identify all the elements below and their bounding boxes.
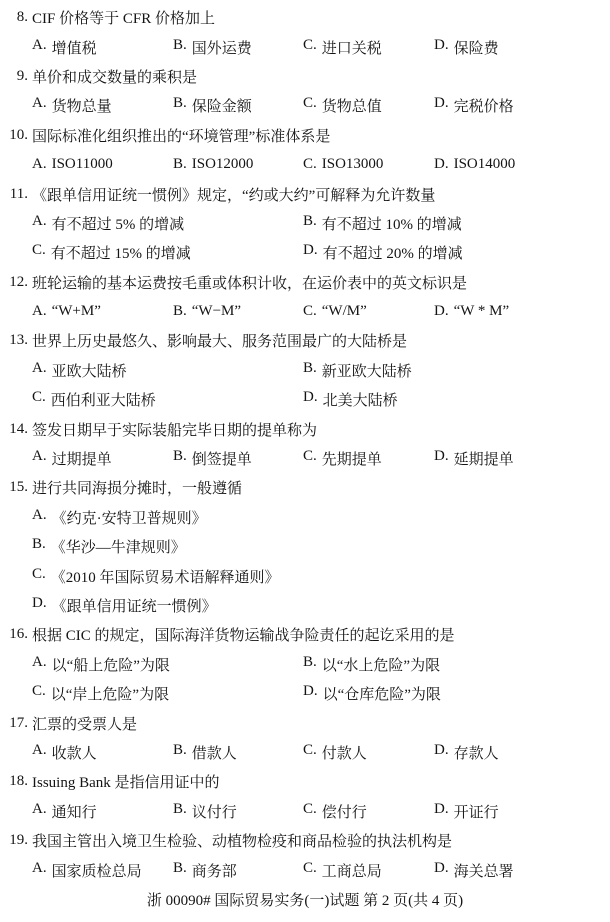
option: D.北美大陆桥: [303, 389, 610, 410]
option-text: 货物总值: [322, 95, 382, 116]
options-row: C.西伯利亚大陆桥D.北美大陆桥: [0, 385, 610, 414]
exam-page: 8.CIF 价格等于 CFR 价格加上A.增值税B.国外运费C.进口关税D.保险…: [0, 0, 610, 919]
option-label: A.: [32, 303, 47, 320]
option-text: 存款人: [454, 742, 499, 763]
option: C.ISO13000: [303, 156, 434, 173]
options-row: A.亚欧大陆桥B.新亚欧大陆桥: [0, 356, 610, 385]
option-label: D.: [303, 242, 318, 263]
option: D.《跟单信用证统一惯例》: [32, 595, 610, 616]
option-text: 完税价格: [454, 95, 514, 116]
option-text: 进口关税: [322, 37, 382, 58]
option-text: “W * M”: [454, 303, 510, 320]
option-label: A.: [32, 448, 47, 469]
option: D.延期提单: [434, 448, 610, 469]
option-text: 《约克·安特卫普规则》: [52, 507, 207, 528]
option: C.西伯利亚大陆桥: [32, 389, 303, 410]
option: B.新亚欧大陆桥: [303, 360, 610, 381]
option: B.借款人: [173, 742, 303, 763]
option-text: 货物总量: [52, 95, 112, 116]
option-label: D.: [434, 303, 449, 320]
option: B.商务部: [173, 860, 303, 881]
question-list: 8.CIF 价格等于 CFR 价格加上A.增值税B.国外运费C.进口关税D.保险…: [0, 3, 610, 885]
option-text: 有不超过 15% 的增减: [51, 242, 191, 263]
option-label: B.: [173, 95, 187, 116]
option: C.以“岸上危险”为限: [32, 683, 303, 704]
options-row: A.以“船上危险”为限B.以“水上危险”为限: [0, 650, 610, 679]
option-label: A.: [32, 37, 47, 58]
option-label: B.: [32, 536, 46, 557]
option: D.完税价格: [434, 95, 610, 116]
question-stem: 世界上历史最悠久、影响最大、服务范围最广的大陆桥是: [32, 330, 610, 351]
option-text: 以“水上危险”为限: [322, 654, 440, 675]
option: B.以“水上危险”为限: [303, 654, 610, 675]
question-stem-line: 8.CIF 价格等于 CFR 价格加上: [0, 3, 610, 32]
question: 14.签发日期早于实际装船完毕日期的提单称为A.过期提单B.倒签提单C.先期提单…: [0, 414, 610, 473]
option-text: 以“船上危险”为限: [52, 654, 170, 675]
option-label: B.: [173, 156, 187, 173]
option-text: ISO14000: [454, 156, 516, 173]
question-stem-line: 14.签发日期早于实际装船完毕日期的提单称为: [0, 414, 610, 443]
option-text: “W−M”: [192, 303, 241, 320]
option-label: A.: [32, 156, 47, 173]
option-label: D.: [434, 742, 449, 763]
option-text: 付款人: [322, 742, 367, 763]
option: D.开证行: [434, 801, 610, 822]
option-text: 保险费: [454, 37, 499, 58]
option-label: B.: [173, 448, 187, 469]
option: D.ISO14000: [434, 156, 610, 173]
option: C.有不超过 15% 的增减: [32, 242, 303, 263]
option: C.付款人: [303, 742, 434, 763]
option-text: 先期提单: [322, 448, 382, 469]
options-row: C.以“岸上危险”为限D.以“仓库危险”为限: [0, 679, 610, 708]
question: 12.班轮运输的基本运费按毛重或体积计收，在运价表中的英文标识是A.“W+M”B…: [0, 268, 610, 327]
option-label: C.: [303, 37, 317, 58]
options-row: A.“W+M”B.“W−M”C.“W/M”D.“W * M”: [0, 297, 610, 326]
option-label: A.: [32, 95, 47, 116]
question-stem-line: 9.单价和成交数量的乘积是: [0, 62, 610, 91]
option: A.国家质检总局: [32, 860, 173, 881]
page-footer: 浙 00090# 国际贸易实务(一)试题 第 2 页(共 4 页): [147, 889, 463, 910]
option-label: B.: [303, 213, 317, 234]
option: B.倒签提单: [173, 448, 303, 469]
question-number: 8.: [0, 9, 28, 26]
question-stem-line: 18.Issuing Bank 是指信用证中的: [0, 767, 610, 796]
question-stem: 进行共同海损分摊时，一般遵循: [32, 477, 610, 498]
option: C.“W/M”: [303, 303, 434, 320]
options-row: A.货物总量B.保险金额C.货物总值D.完税价格: [0, 91, 610, 120]
option: A.有不超过 5% 的增减: [32, 213, 303, 234]
option: A.亚欧大陆桥: [32, 360, 303, 381]
option: B.保险金额: [173, 95, 303, 116]
question-number: 19.: [0, 832, 28, 849]
option-text: 以“仓库危险”为限: [323, 683, 441, 704]
option-text: ISO13000: [322, 156, 384, 173]
options-row: B.《华沙—牛津规则》: [0, 532, 610, 561]
option-text: 《2010 年国际贸易术语解释通则》: [51, 566, 280, 587]
options-row: D.《跟单信用证统一惯例》: [0, 591, 610, 620]
options-row: A.过期提单B.倒签提单C.先期提单D.延期提单: [0, 444, 610, 473]
question-stem: 班轮运输的基本运费按毛重或体积计收，在运价表中的英文标识是: [32, 272, 610, 293]
question: 9.单价和成交数量的乘积是A.货物总量B.保险金额C.货物总值D.完税价格: [0, 62, 610, 121]
option: B.ISO12000: [173, 156, 303, 173]
option: A.通知行: [32, 801, 173, 822]
options-row: A.通知行B.议付行C.偿付行D.开证行: [0, 797, 610, 826]
option: B.议付行: [173, 801, 303, 822]
option: B.国外运费: [173, 37, 303, 58]
option-text: 商务部: [192, 860, 237, 881]
option-label: A.: [32, 360, 47, 381]
question: 18.Issuing Bank 是指信用证中的A.通知行B.议付行C.偿付行D.…: [0, 767, 610, 826]
option-label: C.: [303, 303, 317, 320]
option-label: C.: [303, 448, 317, 469]
option-label: C.: [32, 242, 46, 263]
option-text: 有不超过 5% 的增减: [52, 213, 185, 234]
option: D.有不超过 20% 的增减: [303, 242, 610, 263]
option: C.工商总局: [303, 860, 434, 881]
option: B.“W−M”: [173, 303, 303, 320]
options-row: A.国家质检总局B.商务部C.工商总局D.海关总署: [0, 855, 610, 884]
question-stem: 单价和成交数量的乘积是: [32, 66, 610, 87]
question-number: 18.: [0, 773, 28, 790]
option-label: B.: [173, 303, 187, 320]
page-footer-line: 浙 00090# 国际贸易实务(一)试题 第 2 页(共 4 页): [0, 885, 610, 914]
question: 16.根据 CIC 的规定，国际海洋货物运输战争险责任的起讫采用的是A.以“船上…: [0, 620, 610, 708]
option: A.以“船上危险”为限: [32, 654, 303, 675]
option: D.保险费: [434, 37, 610, 58]
question: 15.进行共同海损分摊时，一般遵循A.《约克·安特卫普规则》B.《华沙—牛津规则…: [0, 473, 610, 620]
question: 8.CIF 价格等于 CFR 价格加上A.增值税B.国外运费C.进口关税D.保险…: [0, 3, 610, 62]
option-text: 有不超过 10% 的增减: [322, 213, 462, 234]
question-number: 13.: [0, 332, 28, 349]
option-text: ISO12000: [192, 156, 254, 173]
question-stem: 签发日期早于实际装船完毕日期的提单称为: [32, 419, 610, 440]
option-label: D.: [434, 95, 449, 116]
option-label: C.: [32, 389, 46, 410]
option-text: “W+M”: [52, 303, 101, 320]
option-label: D.: [32, 595, 47, 616]
option-label: A.: [32, 860, 47, 881]
question-number: 14.: [0, 421, 28, 438]
question-number: 16.: [0, 626, 28, 643]
options-row: C.《2010 年国际贸易术语解释通则》: [0, 561, 610, 590]
option-label: C.: [303, 860, 317, 881]
option-label: D.: [434, 801, 449, 822]
option: A.增值税: [32, 37, 173, 58]
question-stem-line: 19.我国主管出入境卫生检验、动植物检疫和商品检验的执法机构是: [0, 826, 610, 855]
option-text: 开证行: [454, 801, 499, 822]
option-text: 国家质检总局: [52, 860, 142, 881]
options-row: A.有不超过 5% 的增减B.有不超过 10% 的增减: [0, 209, 610, 238]
option-label: B.: [173, 860, 187, 881]
option-text: 借款人: [192, 742, 237, 763]
option-label: C.: [303, 156, 317, 173]
option-text: 国外运费: [192, 37, 252, 58]
options-row: A.收款人B.借款人C.付款人D.存款人: [0, 738, 610, 767]
option: B.《华沙—牛津规则》: [32, 536, 610, 557]
option-label: D.: [434, 860, 449, 881]
option: D.以“仓库危险”为限: [303, 683, 610, 704]
question-stem-line: 16.根据 CIC 的规定，国际海洋货物运输战争险责任的起讫采用的是: [0, 620, 610, 649]
option-text: 《跟单信用证统一惯例》: [52, 595, 217, 616]
option-text: 延期提单: [454, 448, 514, 469]
option-text: 过期提单: [52, 448, 112, 469]
option: A.ISO11000: [32, 156, 173, 173]
option: D.“W * M”: [434, 303, 610, 320]
question-number: 17.: [0, 715, 28, 732]
option-label: C.: [303, 801, 317, 822]
option-text: 北美大陆桥: [323, 389, 398, 410]
question-stem: 《跟单信用证统一惯例》规定，“约或大约”可解释为允许数量: [32, 184, 610, 205]
option-text: 通知行: [52, 801, 97, 822]
option-text: 《华沙—牛津规则》: [51, 536, 186, 557]
option-text: 议付行: [192, 801, 237, 822]
question-stem-line: 13.世界上历史最悠久、影响最大、服务范围最广的大陆桥是: [0, 326, 610, 355]
option-label: C.: [303, 95, 317, 116]
question-stem-line: 10.国际标准化组织推出的“环境管理”标准体系是: [0, 121, 610, 150]
option-text: 有不超过 20% 的增减: [323, 242, 463, 263]
question: 19.我国主管出入境卫生检验、动植物检疫和商品检验的执法机构是A.国家质检总局B…: [0, 826, 610, 885]
question-stem: Issuing Bank 是指信用证中的: [32, 771, 610, 792]
option-text: “W/M”: [322, 303, 367, 320]
option-label: B.: [303, 360, 317, 381]
option-text: 西伯利亚大陆桥: [51, 389, 156, 410]
option: A.过期提单: [32, 448, 173, 469]
option-label: D.: [434, 37, 449, 58]
option: C.《2010 年国际贸易术语解释通则》: [32, 566, 610, 587]
option: B.有不超过 10% 的增减: [303, 213, 610, 234]
question-stem: 汇票的受票人是: [32, 713, 610, 734]
question: 17.汇票的受票人是A.收款人B.借款人C.付款人D.存款人: [0, 708, 610, 767]
question-number: 12.: [0, 274, 28, 291]
option-label: B.: [173, 801, 187, 822]
option-text: 倒签提单: [192, 448, 252, 469]
option-text: 偿付行: [322, 801, 367, 822]
option-label: C.: [32, 566, 46, 587]
option-label: A.: [32, 742, 47, 763]
option-label: C.: [303, 742, 317, 763]
question: 13.世界上历史最悠久、影响最大、服务范围最广的大陆桥是A.亚欧大陆桥B.新亚欧…: [0, 326, 610, 414]
options-row: A.《约克·安特卫普规则》: [0, 503, 610, 532]
option: C.货物总值: [303, 95, 434, 116]
option-text: 海关总署: [454, 860, 514, 881]
question-stem: 国际标准化组织推出的“环境管理”标准体系是: [32, 125, 610, 146]
option-text: 新亚欧大陆桥: [322, 360, 412, 381]
option: D.存款人: [434, 742, 610, 763]
option-label: B.: [173, 742, 187, 763]
question-stem: CIF 价格等于 CFR 价格加上: [32, 7, 610, 28]
question: 11.《跟单信用证统一惯例》规定，“约或大约”可解释为允许数量A.有不超过 5%…: [0, 179, 610, 267]
question: 10.国际标准化组织推出的“环境管理”标准体系是A.ISO11000B.ISO1…: [0, 121, 610, 180]
question-number: 9.: [0, 68, 28, 85]
option-label: D.: [303, 389, 318, 410]
option: A.“W+M”: [32, 303, 173, 320]
question-stem-line: 12.班轮运输的基本运费按毛重或体积计收，在运价表中的英文标识是: [0, 268, 610, 297]
question-stem: 我国主管出入境卫生检验、动植物检疫和商品检验的执法机构是: [32, 830, 610, 851]
option: C.先期提单: [303, 448, 434, 469]
option-label: A.: [32, 654, 47, 675]
option-text: 亚欧大陆桥: [52, 360, 127, 381]
question-stem-line: 15.进行共同海损分摊时，一般遵循: [0, 473, 610, 502]
question-number: 15.: [0, 479, 28, 496]
question-stem-line: 17.汇票的受票人是: [0, 708, 610, 737]
option-label: B.: [173, 37, 187, 58]
option-label: D.: [434, 448, 449, 469]
option: D.海关总署: [434, 860, 610, 881]
question-stem-line: 11.《跟单信用证统一惯例》规定，“约或大约”可解释为允许数量: [0, 179, 610, 208]
option-label: A.: [32, 801, 47, 822]
option: A.货物总量: [32, 95, 173, 116]
options-row: A.增值税B.国外运费C.进口关税D.保险费: [0, 32, 610, 61]
option-label: D.: [434, 156, 449, 173]
option-text: 增值税: [52, 37, 97, 58]
option-text: 收款人: [52, 742, 97, 763]
option-label: C.: [32, 683, 46, 704]
options-row: C.有不超过 15% 的增减D.有不超过 20% 的增减: [0, 238, 610, 267]
question-stem: 根据 CIC 的规定，国际海洋货物运输战争险责任的起讫采用的是: [32, 624, 610, 645]
option: A.《约克·安特卫普规则》: [32, 507, 610, 528]
option-label: A.: [32, 213, 47, 234]
option-text: 保险金额: [192, 95, 252, 116]
option-label: D.: [303, 683, 318, 704]
option-text: 工商总局: [322, 860, 382, 881]
option: C.进口关税: [303, 37, 434, 58]
option-text: ISO11000: [52, 156, 113, 173]
option: A.收款人: [32, 742, 173, 763]
option-text: 以“岸上危险”为限: [51, 683, 169, 704]
question-number: 10.: [0, 127, 28, 144]
question-number: 11.: [0, 186, 28, 203]
options-row: A.ISO11000B.ISO12000C.ISO13000D.ISO14000: [0, 150, 610, 179]
option-label: B.: [303, 654, 317, 675]
option-label: A.: [32, 507, 47, 528]
option: C.偿付行: [303, 801, 434, 822]
